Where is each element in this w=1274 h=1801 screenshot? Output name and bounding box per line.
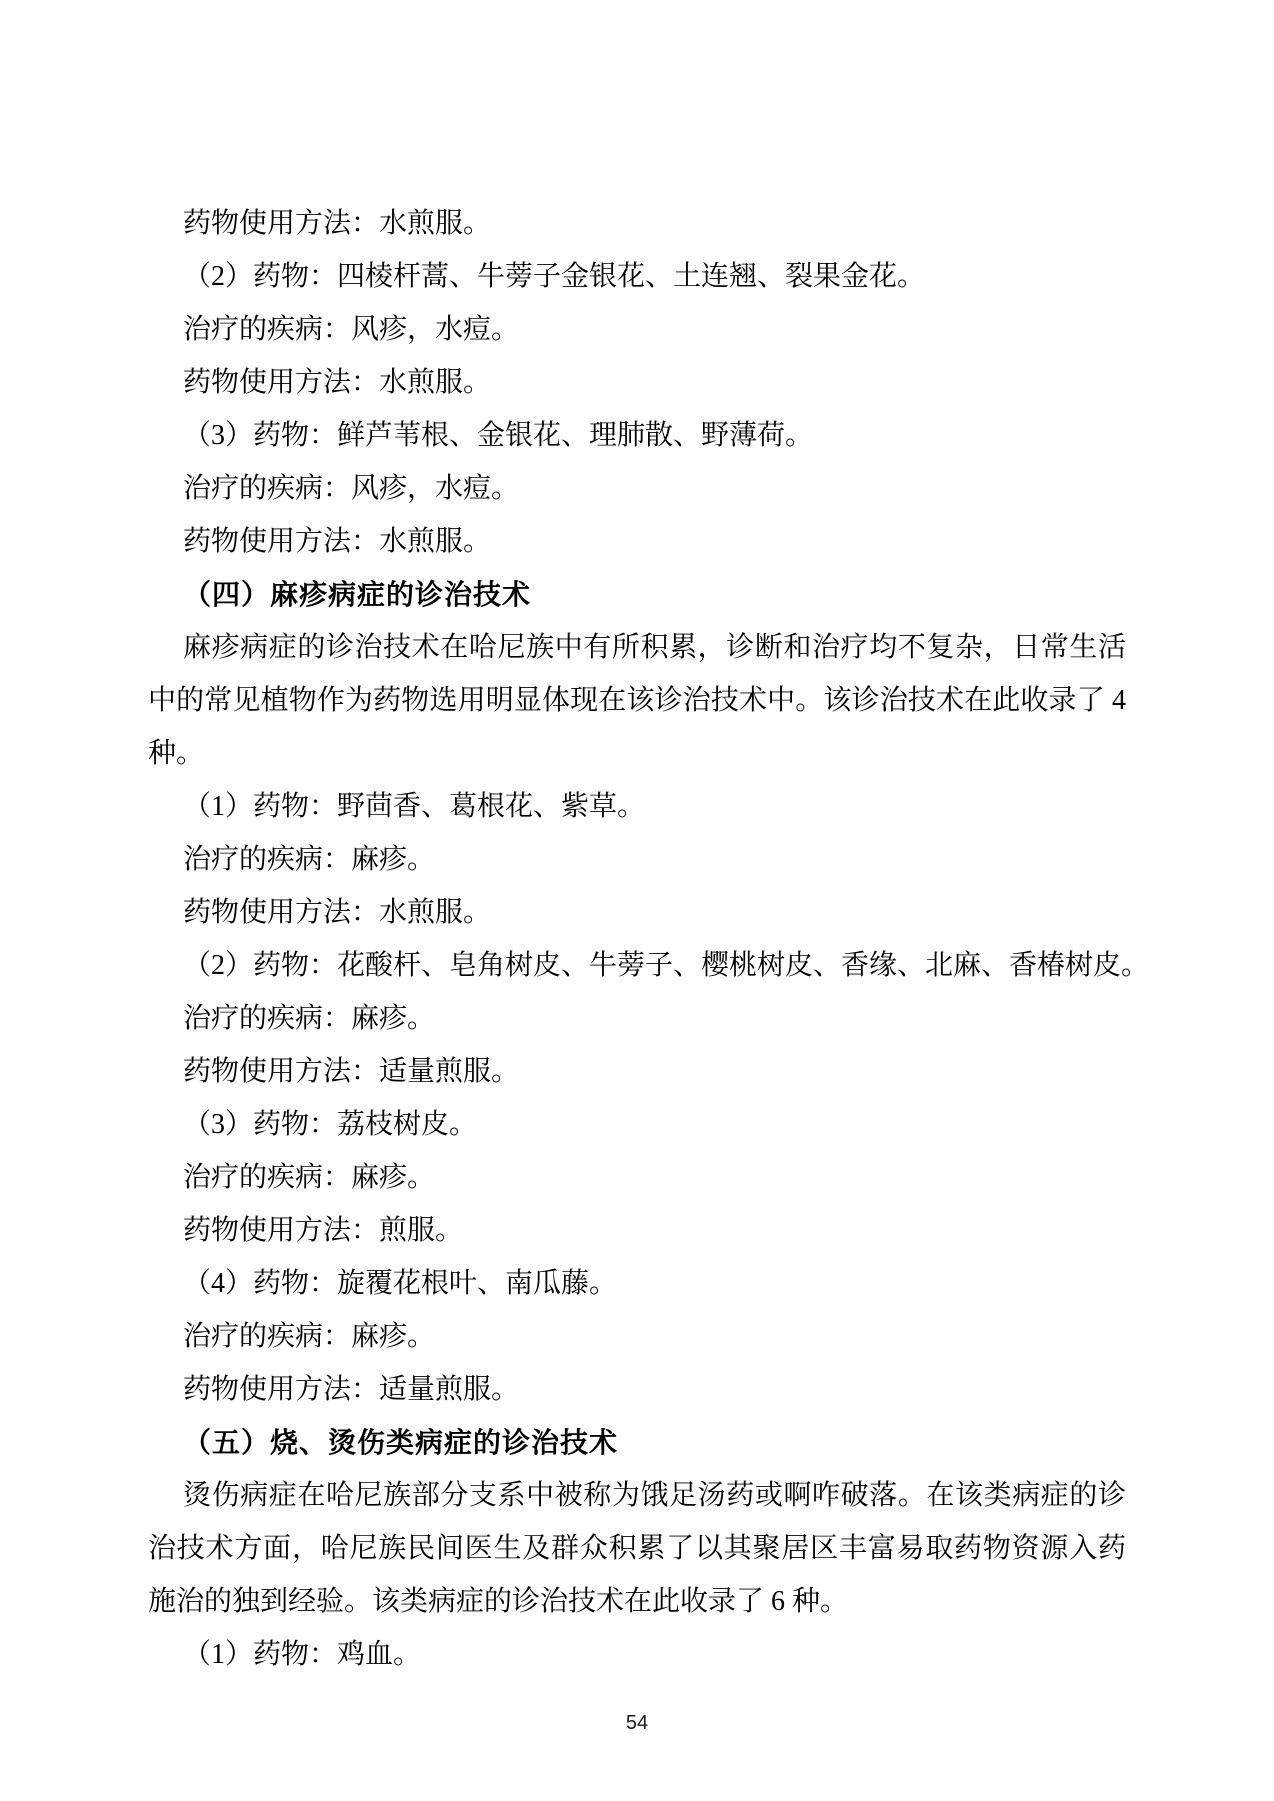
paragraph-line: 治疗的疾病：风疹，水痘。	[148, 462, 1126, 515]
paragraph-line: （2）药物：花酸杆、皂角树皮、牛蒡子、樱桃树皮、香缘、北麻、香椿树皮。	[148, 939, 1126, 992]
paragraph-line: 治疗的疾病：麻疹。	[148, 1151, 1126, 1204]
paragraph-line: 药物使用方法：煎服。	[148, 1204, 1126, 1257]
paragraph-line: （1）药物：野茴香、葛根花、紫草。	[148, 780, 1126, 833]
page-body-text: 药物使用方法：水煎服。（2）药物：四棱杆蒿、牛蒡子金银花、土连翘、裂果金花。治疗…	[148, 197, 1126, 1681]
section-heading: （四）麻疹病症的诊治技术	[148, 568, 1126, 621]
paragraph-line: 治疗的疾病：麻疹。	[148, 1310, 1126, 1363]
paragraph-line: （3）药物：鲜芦苇根、金银花、理肺散、野薄荷。	[148, 409, 1126, 462]
paragraph-line: 治疗的疾病：麻疹。	[148, 992, 1126, 1045]
paragraph-line: 药物使用方法：适量煎服。	[148, 1045, 1126, 1098]
section-heading: （五）烧、烫伤类病症的诊治技术	[148, 1416, 1126, 1469]
document-page: 药物使用方法：水煎服。（2）药物：四棱杆蒿、牛蒡子金银花、土连翘、裂果金花。治疗…	[0, 0, 1274, 1801]
page-number: 54	[0, 1712, 1274, 1735]
paragraph-line: 药物使用方法：水煎服。	[148, 356, 1126, 409]
paragraph-line: 烫伤病症在哈尼族部分支系中被称为饿足汤药或啊咋破落。在该类病症的诊治技术方面，哈…	[148, 1469, 1126, 1628]
paragraph-line: 治疗的疾病：麻疹。	[148, 833, 1126, 886]
paragraph-line: 麻疹病症的诊治技术在哈尼族中有所积累，诊断和治疗均不复杂，日常生活中的常见植物作…	[148, 621, 1126, 780]
paragraph-line: 药物使用方法：水煎服。	[148, 886, 1126, 939]
paragraph-line: （4）药物：旋覆花根叶、南瓜藤。	[148, 1257, 1126, 1310]
paragraph-line: 药物使用方法：水煎服。	[148, 197, 1126, 250]
paragraph-line: 药物使用方法：适量煎服。	[148, 1363, 1126, 1416]
paragraph-line: （3）药物：荔枝树皮。	[148, 1098, 1126, 1151]
paragraph-line: （1）药物：鸡血。	[148, 1628, 1126, 1681]
paragraph-line: 药物使用方法：水煎服。	[148, 515, 1126, 568]
paragraph-line: （2）药物：四棱杆蒿、牛蒡子金银花、土连翘、裂果金花。	[148, 250, 1126, 303]
paragraph-line: 治疗的疾病：风疹，水痘。	[148, 303, 1126, 356]
